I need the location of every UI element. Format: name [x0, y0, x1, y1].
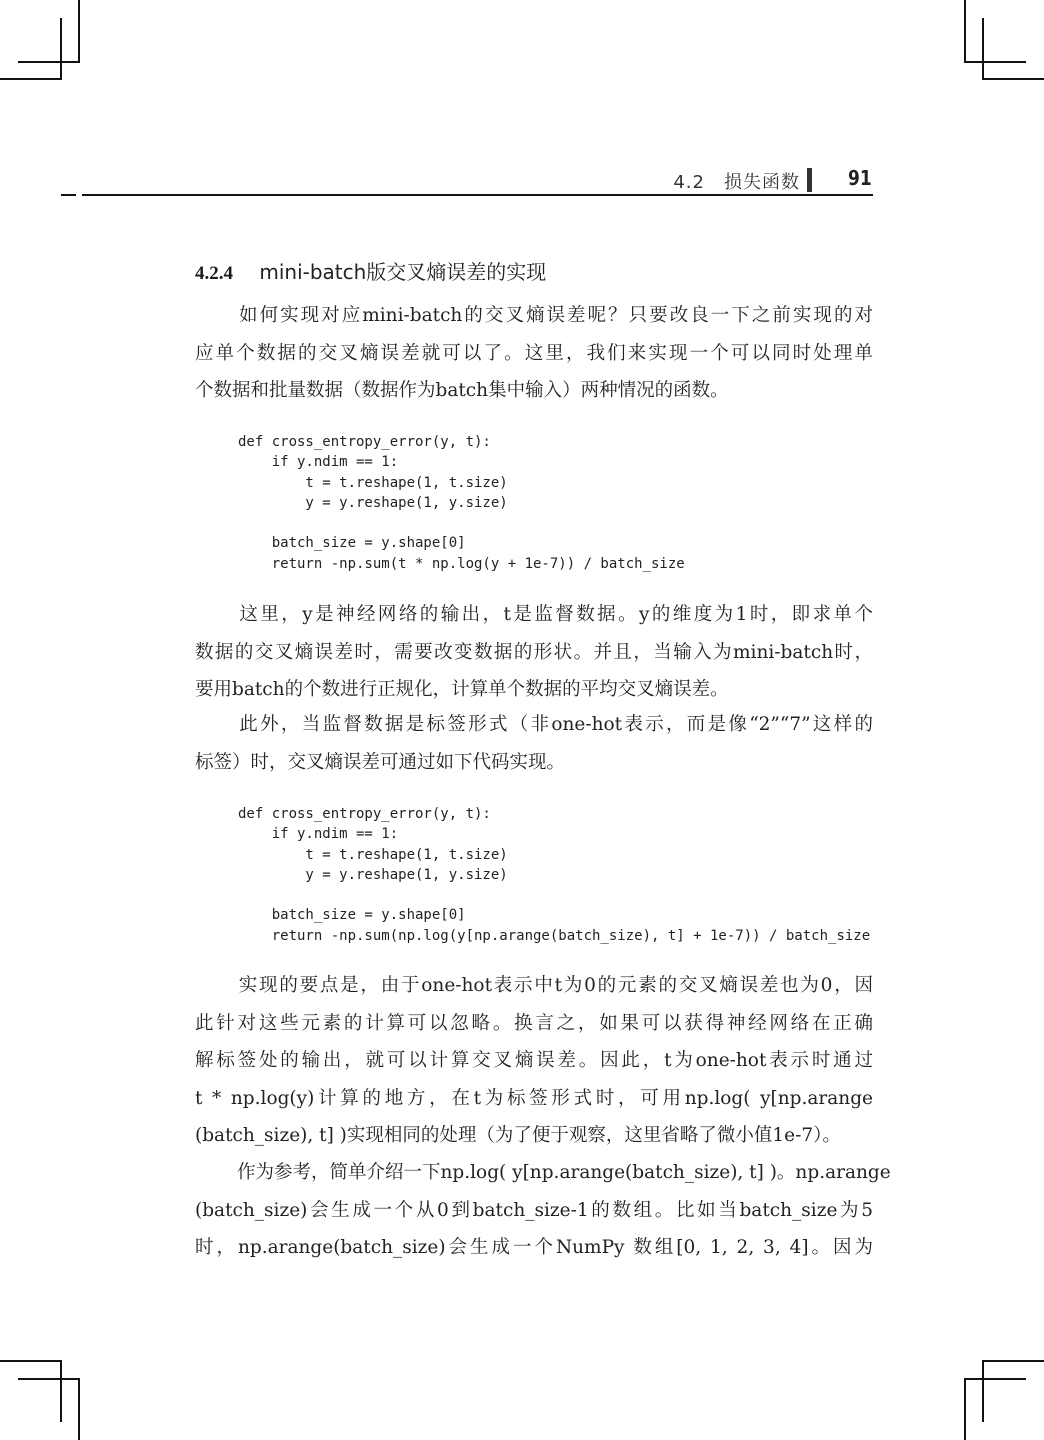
- crop-mark-top-left: [60, 18, 62, 80]
- paragraph-explanation: 这里，y是神经网络的输出，t是监督数据。y的维度为1时，即求单个 数据的交叉熵误…: [195, 596, 873, 709]
- header-bar-divider: [807, 168, 812, 192]
- crop-mark-bottom-left: [18, 1378, 80, 1380]
- text-line: (batch_size), t] )实现相同的处理（为了便于观察，这里省略了微小…: [195, 1117, 873, 1155]
- text-line: 要用batch的个数进行正规化，计算单个数据的平均交叉熵误差。: [195, 671, 873, 709]
- paragraph-key-point: 实现的要点是，由于one-hot表示中t为0的元素的交叉熵误差也为0，因 此针对…: [195, 967, 873, 1155]
- crop-mark-top-right: [964, 61, 1026, 63]
- crop-mark-bottom-left: [0, 1360, 62, 1362]
- header-rule: [82, 194, 873, 196]
- crop-mark-top-right: [982, 18, 984, 80]
- text-line: 此针对这些元素的计算可以忽略。换言之，如果可以获得神经网络在正确: [195, 1005, 873, 1043]
- header-rule-short: [61, 194, 76, 196]
- section-number: 4.2.4: [195, 263, 233, 284]
- text-line: 标签）时，交叉熵误差可通过如下代码实现。: [195, 744, 873, 782]
- text-line: 数据的交叉熵误差时，需要改变数据的形状。并且，当输入为mini-batch时，: [195, 634, 873, 672]
- paragraph-reference: 作为参考，简单介绍一下np.log( y[np.arange(batch_siz…: [195, 1154, 873, 1267]
- text-line: 此外，当监督数据是标签形式（非one-hot表示，而是像“2”“7”这样的: [237, 714, 873, 735]
- text-line: 作为参考，简单介绍一下np.log( y[np.arange(batch_siz…: [237, 1162, 891, 1183]
- text-line: 这里，y是神经网络的输出，t是监督数据。y的维度为1时，即求单个: [237, 604, 873, 625]
- page-number: 91: [848, 166, 872, 190]
- text-line: 时，np.arange(batch_size)会生成一个NumPy 数组[0, …: [195, 1229, 873, 1267]
- text-line: 个数据和批量数据（数据作为batch集中输入）两种情况的函数。: [195, 372, 873, 410]
- crop-mark-top-left: [78, 0, 80, 62]
- crop-mark-top-left: [0, 78, 62, 80]
- section-heading: 4.2.4 mini-batch版交叉熵误差的实现: [195, 256, 546, 285]
- text-line: 实现的要点是，由于one-hot表示中t为0的元素的交叉熵误差也为0，因: [237, 975, 873, 996]
- crop-mark-bottom-left: [60, 1360, 62, 1422]
- code-block-one-hot: def cross_entropy_error(y, t): if y.ndim…: [238, 432, 685, 574]
- crop-mark-bottom-left: [78, 1378, 80, 1440]
- paragraph-label-form: 此外，当监督数据是标签形式（非one-hot表示，而是像“2”“7”这样的 标签…: [195, 706, 873, 781]
- text-line: 解标签处的输出，就可以计算交叉熵误差。因此，t为one-hot表示时通过: [195, 1042, 873, 1080]
- text-line: (batch_size)会生成一个从0到batch_size-1的数组。比如当b…: [195, 1192, 873, 1230]
- running-header-section: 4.2 损失函数: [673, 168, 800, 194]
- crop-mark-bottom-right: [982, 1360, 1044, 1362]
- code-block-label: def cross_entropy_error(y, t): if y.ndim…: [238, 804, 870, 946]
- crop-mark-bottom-right: [964, 1378, 1026, 1380]
- paragraph-intro: 如何实现对应mini-batch的交叉熵误差呢？只要改良一下之前实现的对 应单个…: [195, 297, 873, 410]
- text-line: t * np.log(y)计算的地方，在t为标签形式时，可用np.log( y[…: [195, 1080, 873, 1118]
- section-title: mini-batch版交叉熵误差的实现: [259, 260, 546, 284]
- crop-mark-top-right: [964, 0, 966, 62]
- crop-mark-bottom-right: [964, 1378, 966, 1440]
- text-line: 如何实现对应mini-batch的交叉熵误差呢？只要改良一下之前实现的对: [237, 305, 873, 326]
- crop-mark-bottom-right: [982, 1360, 984, 1422]
- crop-mark-top-left: [18, 61, 80, 63]
- text-line: 应单个数据的交叉熵误差就可以了。这里，我们来实现一个可以同时处理单: [195, 335, 873, 373]
- crop-mark-top-right: [982, 78, 1044, 80]
